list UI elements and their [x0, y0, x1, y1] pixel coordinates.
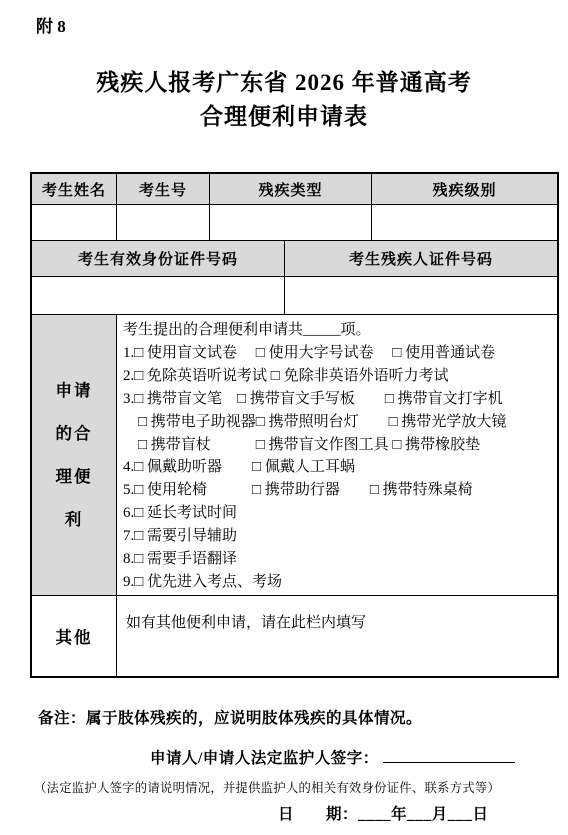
option-line-3: 3.□ 携带盲文笔 □ 携带盲文手写板 □ 携带盲文打字机 [123, 388, 553, 411]
option-line-4: 4.□ 佩戴助听器 □ 佩戴人工耳蜗 [123, 456, 553, 479]
blank-disability-type [210, 205, 372, 240]
application-label: 申请 的合 理便 利 [32, 315, 117, 595]
application-form-table: 考生姓名 考生号 残疾类型 残疾级别 考生有效身份证件号码 考生残疾人证件号码 … [30, 172, 559, 678]
form-page: 附 8 残疾人报考广东省 2026 年普通高考 合理便利申请表 考生姓名 考生号… [0, 0, 568, 835]
application-label-line: 申请 [56, 380, 93, 401]
header-row-certificates: 考生有效身份证件号码 考生残疾人证件号码 [32, 241, 557, 277]
application-label-line: 利 [65, 509, 84, 530]
date-line: 日 期：____年___月___日 [278, 802, 489, 824]
form-title-line2: 合理便利申请表 [0, 100, 568, 134]
remark-note: 备注：属于肢体残疾的，应说明肢体残疾的具体情况。 [38, 706, 422, 728]
option-line-7: 7.□ 需要引导辅助 [123, 525, 553, 548]
blank-id-number [32, 277, 285, 314]
blank-row-certificates [32, 277, 557, 315]
header-disability-type: 残疾类型 [210, 174, 372, 204]
blank-disability-grade [372, 205, 557, 240]
option-line-3c: □ 携带盲杖 □ 携带盲文作图工具 □ 携带橡胶垫 [123, 434, 553, 457]
other-row: 其他 如有其他便利申请，请在此栏内填写 [32, 596, 557, 676]
application-label-line: 的合 [56, 423, 93, 444]
header-candidate-name: 考生姓名 [32, 174, 117, 204]
other-label: 其他 [32, 596, 117, 676]
form-title: 残疾人报考广东省 2026 年普通高考 合理便利申请表 [0, 66, 568, 134]
application-label-line: 理便 [56, 466, 93, 487]
attachment-number: 附 8 [36, 12, 66, 37]
blank-disability-cert-number [285, 277, 557, 314]
form-title-line1: 残疾人报考广东省 2026 年普通高考 [0, 66, 568, 100]
blank-candidate-number [117, 205, 210, 240]
header-candidate-number: 考生号 [117, 174, 210, 204]
application-options: 考生提出的合理便利申请共_____项。 1.□ 使用盲文试卷 □ 使用大字号试卷… [117, 315, 557, 595]
header-disability-grade: 残疾级别 [372, 174, 557, 204]
blank-candidate-name [32, 205, 117, 240]
option-line-2: 2.□ 免除英语听说考试 □ 免除非英语外语听力考试 [123, 365, 553, 388]
option-line-9: 9.□ 优先进入考点、考场 [123, 571, 553, 594]
signature-label: 申请人/申请人法定监护人签字： [150, 750, 379, 767]
header-id-number: 考生有效身份证件号码 [32, 241, 285, 276]
guardian-note: （法定监护人签字的请说明情况，并提供监护人的相关有效身份证件、联系方式等） [34, 778, 500, 796]
header-row-identity: 考生姓名 考生号 残疾类型 残疾级别 [32, 174, 557, 205]
application-intro-line: 考生提出的合理便利申请共_____项。 [123, 319, 553, 342]
header-disability-cert-number: 考生残疾人证件号码 [285, 241, 557, 276]
blank-row-identity [32, 205, 557, 241]
application-row: 申请 的合 理便 利 考生提出的合理便利申请共_____项。 1.□ 使用盲文试… [32, 315, 557, 596]
option-line-1: 1.□ 使用盲文试卷 □ 使用大字号试卷 □ 使用普通试卷 [123, 342, 553, 365]
option-line-3b: □ 携带电子助视器□ 携带照明台灯 □ 携带光学放大镜 [123, 411, 553, 434]
option-line-8: 8.□ 需要手语翻译 [123, 548, 553, 571]
signature-blank [383, 748, 515, 763]
option-line-6: 6.□ 延长考试时间 [123, 502, 553, 525]
other-instructions: 如有其他便利申请，请在此栏内填写 [117, 596, 557, 676]
signature-line: 申请人/申请人法定监护人签字： [150, 746, 515, 768]
option-line-5: 5.□ 使用轮椅 □ 携带助行器 □ 携带特殊桌椅 [123, 479, 553, 502]
